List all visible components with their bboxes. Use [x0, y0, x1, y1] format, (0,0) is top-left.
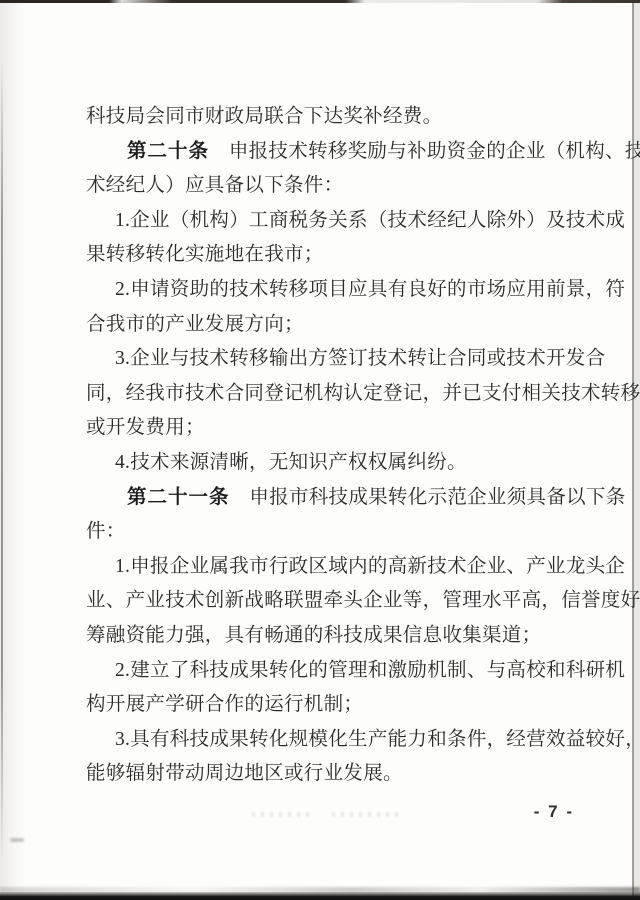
bleed-through-mark [252, 812, 314, 817]
line-text: 申报技术转移奖励与补助资金的企业（机构、技 [209, 141, 640, 162]
scan-shadow-left [0, 0, 26, 900]
line-text: 2.申请资助的技术转移项目应具有良好的市场应用前景，符 [115, 279, 625, 300]
article-number: 第二十一条 [127, 487, 230, 508]
scan-edge-bottom [0, 892, 640, 900]
article-20-heading-line: 第二十条 申报技术转移奖励与补助资金的企业（机构、技 [86, 135, 572, 170]
line-text: 2.建立了科技成果转化的管理和激励机制、与高校和科研机 [115, 660, 625, 681]
list-item-4-line: 4.技术来源清晰，无知识产权权属纠纷。 [86, 446, 572, 481]
scan-edge-left [1, 60, 3, 860]
body-line: 业、产业技术创新战略联盟牵头企业等，管理水平高，信誉度好， [86, 584, 572, 619]
line-text: 科技局会同市财政局联合下达奖补经费。 [86, 106, 442, 127]
line-text: 业、产业技术创新战略联盟牵头企业等，管理水平高，信誉度好， [86, 590, 640, 611]
line-text: 1.申报企业属我市行政区域内的高新技术企业、产业龙头企 [115, 556, 625, 577]
list-item-2-line: 2.申请资助的技术转移项目应具有良好的市场应用前景，符 [86, 273, 572, 308]
article-number: 第二十条 [127, 141, 209, 162]
line-text: 或开发费用； [86, 417, 205, 438]
line-text: 3.具有科技成果转化规模化生产能力和条件，经营效益较好， [115, 729, 640, 750]
line-text: 1.企业（机构）工商税务关系（技术经纪人除外）及技术成 [115, 210, 625, 231]
article-21-heading-line: 第二十一条 申报市科技成果转化示范企业须具备以下条 [86, 481, 572, 516]
line-text: 申报市科技成果转化示范企业须具备以下条 [230, 487, 626, 508]
list-item-1-line: 1.申报企业属我市行政区域内的高新技术企业、产业龙头企 [86, 550, 572, 585]
line-text: 4.技术来源清晰，无知识产权权属纠纷。 [115, 452, 467, 473]
line-text: 筹融资能力强，具有畅通的科技成果信息收集渠道； [86, 625, 541, 646]
line-text: 术经纪人）应具备以下条件： [86, 175, 343, 196]
body-line: 构开展产学研合作的运行机制； [86, 688, 572, 723]
line-text: 3.企业与技术转移输出方签订技术转让合同或技术开发合 [115, 348, 605, 369]
body-line: 术经纪人）应具备以下条件： [86, 169, 572, 204]
body-line: 同，经我市技术合同登记机构认定登记，并已支付相关技术转移 [86, 377, 572, 412]
line-text: 同，经我市技术合同登记机构认定登记，并已支付相关技术转移 [86, 383, 640, 404]
body-line: 科技局会同市财政局联合下达奖补经费。 [86, 100, 572, 135]
scanned-document-page: 科技局会同市财政局联合下达奖补经费。 第二十条 申报技术转移奖励与补助资金的企业… [0, 0, 640, 900]
body-line: 件： [86, 515, 572, 550]
line-text: 果转移转化实施地在我市； [86, 244, 324, 265]
scan-edge-right [632, 0, 634, 900]
list-item-2-line: 2.建立了科技成果转化的管理和激励机制、与高校和科研机 [86, 654, 572, 689]
line-text: 合我市的产业发展方向； [86, 314, 304, 335]
body-line: 筹融资能力强，具有畅通的科技成果信息收集渠道； [86, 619, 572, 654]
scan-edge-top [0, 0, 640, 3]
document-body: 科技局会同市财政局联合下达奖补经费。 第二十条 申报技术转移奖励与补助资金的企业… [86, 100, 572, 792]
page-number: - 7 - [534, 802, 574, 822]
body-line: 果转移转化实施地在我市； [86, 238, 572, 273]
line-text: 构开展产学研合作的运行机制； [86, 694, 363, 715]
scan-speck [10, 838, 24, 842]
scan-margin-right [633, 0, 640, 900]
line-text: 能够辐射带动周边地区或行业发展。 [86, 763, 403, 784]
body-line: 能够辐射带动周边地区或行业发展。 [86, 757, 572, 792]
line-text: 件： [86, 521, 126, 542]
bleed-through-mark [332, 812, 404, 817]
body-line: 合我市的产业发展方向； [86, 308, 572, 343]
list-item-1-line: 1.企业（机构）工商税务关系（技术经纪人除外）及技术成 [86, 204, 572, 239]
list-item-3-line: 3.具有科技成果转化规模化生产能力和条件，经营效益较好， [86, 723, 572, 758]
body-line: 或开发费用； [86, 411, 572, 446]
list-item-3-line: 3.企业与技术转移输出方签订技术转让合同或技术开发合 [86, 342, 572, 377]
